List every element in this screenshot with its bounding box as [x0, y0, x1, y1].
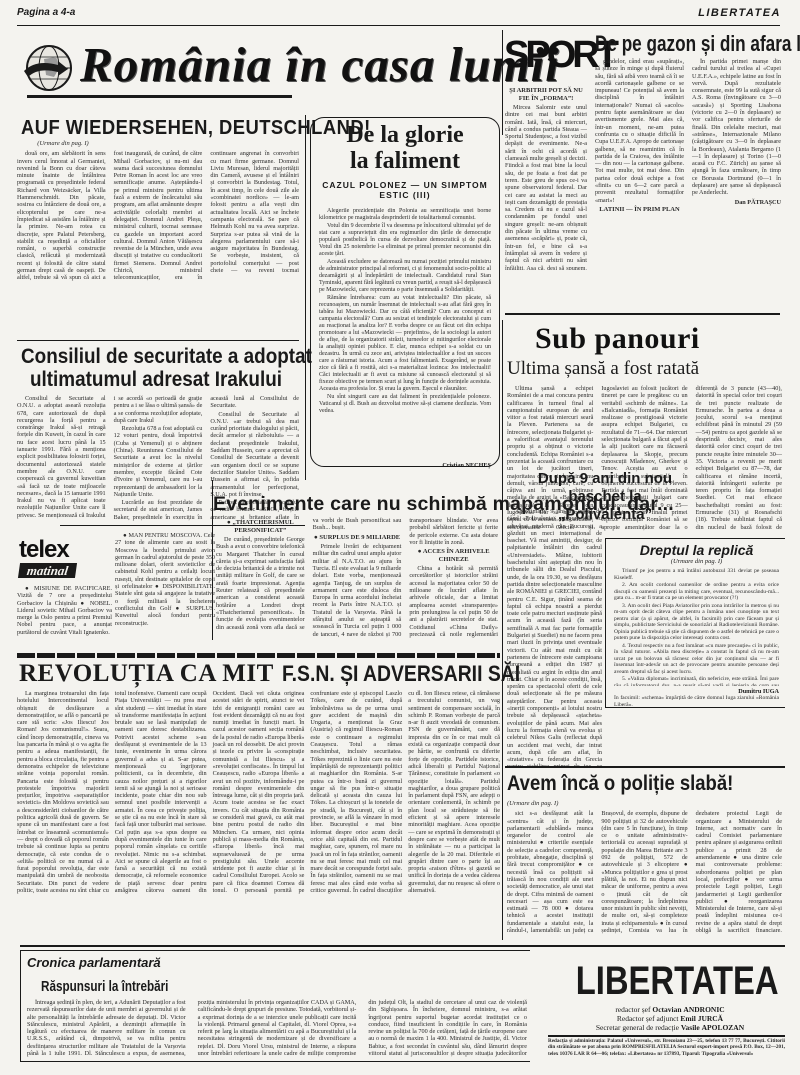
article-dreptul-title: Dreptul la replică: [614, 542, 779, 558]
article-politie: (Urmare din pag. I) sici s-a desfășurat …: [507, 800, 782, 940]
masthead-credits: redactor șef Octavian ANDRONIC Redactor …: [555, 1005, 785, 1032]
header-paper-name: LIBERTATEA: [698, 7, 781, 19]
article-germany: (Urmare din pag. I) două ore, am sărbăto…: [17, 140, 299, 288]
telex-body-right: ● MAN PENTRU MOSCOVA. Cele 27 tone de al…: [115, 532, 215, 640]
column-divider: [305, 115, 306, 480]
sport-gazon: gandelor, când erau «supărați», să șutez…: [595, 58, 781, 270]
masthead-rule: [548, 1035, 785, 1037]
column-divider: [502, 30, 503, 135]
credit-line: redactor șef Octavian ANDRONIC: [555, 1005, 785, 1014]
article-polonia-author: Cristian NECHEȘ: [319, 462, 491, 469]
sport-arbitri: ȘI ARBITRII POT SĂ NU FIE ÎN „FORMA”! Mi…: [505, 85, 587, 270]
article-polivalenta: Aproximativ 9 ani au trecut de când «Pol…: [507, 508, 602, 768]
cronica-section-title: Cronica parlamentară: [27, 955, 175, 970]
banner-title: România în casa lumii: [80, 36, 560, 94]
article-germany-paragraph: două ore, am sărbătorit în sens invers c…: [17, 150, 299, 285]
banner: România în casa lumii: [20, 36, 490, 100]
column-divider: [502, 320, 503, 940]
cronica-title: Răspunsuri la întrebări: [41, 978, 146, 995]
article-polonia-subtitle: CAZUL POLONEZ — UN SIMPTOM ESTIC (III): [319, 180, 491, 200]
banner-underline: [27, 95, 292, 98]
article-revolutia: La marginea trotuarului din fața hotelul…: [17, 690, 500, 943]
article-politie-title: Avem încă o poliție slabă!: [507, 772, 733, 796]
article-consiliul-title: Consiliul de securitate a adoptat ultima…: [21, 345, 291, 391]
sub-panouri-title: Sub panouri: [535, 322, 700, 356]
credit-line: Redactor șef adjunct Emil JURCĂ: [555, 1014, 785, 1023]
masthead-name: LIBERTATEA: [576, 960, 765, 1002]
globe-arrow-icon: [22, 41, 76, 95]
divider: [17, 340, 299, 341]
sub-panouri-headline: Ultima șansă a fost ratată: [507, 358, 699, 380]
article-polonia-box: De la glorie la faliment CAZUL POLONEZ —…: [310, 117, 500, 467]
divider: [20, 945, 785, 947]
masthead-imprint: Redacția și administrația: Palatul «Univ…: [548, 1038, 785, 1066]
cronica-box: Cronica parlamentară Răspunsuri la între…: [20, 950, 530, 1062]
article-evenimente: ● „THATCHERISMUL PERSONIFICAT” De curând…: [216, 517, 498, 645]
divider: [505, 766, 785, 768]
article-polonia-title: De la glorie la faliment: [319, 122, 491, 174]
article-germany-continued: (Urmare din pag. I): [17, 140, 109, 147]
decorative-divider: [17, 653, 500, 658]
credit-line: Secretar general de redacție Vasile APOL…: [555, 1023, 785, 1032]
sport-gazon-title: De pe gazon și din afara lui: [595, 31, 800, 57]
divider: [505, 313, 780, 315]
article-revolutia-title: REVOLUȚIA CA MIT F.S.N. ȘI ADVERSARII SĂ…: [19, 660, 552, 688]
page-number: Pagina a 4-a: [17, 7, 75, 18]
article-dreptul-box: Dreptul la replică (Urmare din pag. I) T…: [605, 538, 785, 708]
telex-body: ● MISIUNE DE PACIFICARE. Vizită de 7 ore…: [17, 585, 112, 640]
telex-logo: telex matinal: [19, 538, 104, 584]
header-rule: [17, 25, 780, 26]
